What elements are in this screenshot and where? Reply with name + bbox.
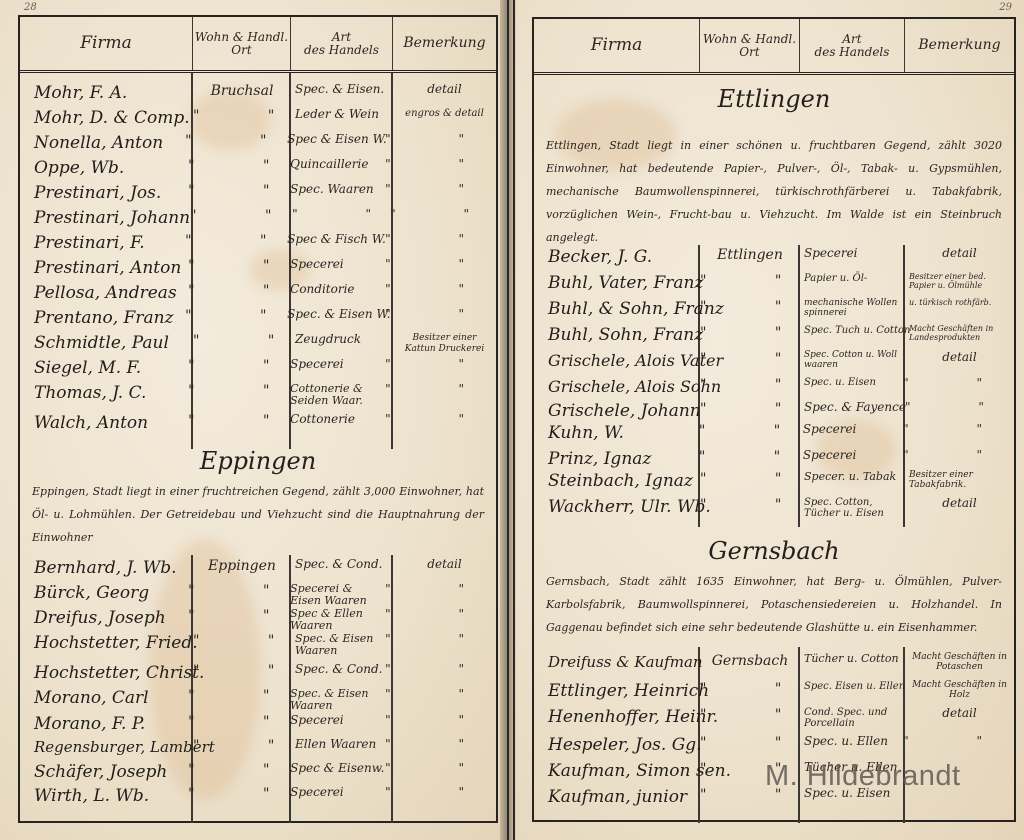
firm-place: " "	[700, 681, 800, 697]
section-title: Eppingen	[20, 447, 496, 475]
header-ort: Wohn & Handl. Ort	[700, 19, 800, 72]
header-ort-line1: Wohn & Handl.	[195, 31, 288, 44]
firm-trade: Specer. u. Tabak	[800, 471, 905, 483]
firm-trade: Spec. Waaren	[286, 183, 385, 196]
firm-place: " "	[188, 583, 286, 599]
firm-name: Schäfer, Joseph	[20, 762, 188, 782]
firm-remark: Macht Geschäften in Potaschen	[905, 653, 1014, 673]
firm-name: Kaufman, junior	[534, 787, 700, 807]
firm-remark: Besitzer einer Kattun Druckerei	[393, 333, 496, 355]
firm-remark: detail	[905, 247, 1014, 260]
firm-remark: " "	[385, 413, 496, 426]
firm-trade: Spec. u. Ellen	[800, 735, 903, 748]
firm-place: " "	[700, 325, 800, 341]
firm-name: Bernhard, J. Wb.	[20, 558, 193, 578]
firm-name: Buhl, Vater, Franz	[534, 273, 700, 293]
firm-remark: " "	[385, 714, 496, 727]
firm-place: " "	[188, 786, 286, 802]
firm-place: " "	[188, 358, 286, 374]
firm-trade: Specerei & Eisen Waaren	[286, 583, 385, 607]
firm-trade: Spec. & Eisen.	[291, 83, 393, 96]
firm-name: Grischele, Alois Vater	[534, 351, 700, 370]
table-row: Hochstetter, Christ. " " Spec. & Cond. "…	[20, 663, 496, 683]
firm-place: " "	[700, 707, 800, 723]
firm-place: " "	[700, 299, 800, 315]
firm-name: Prestinari, F.	[20, 233, 185, 253]
firm-name: Hochstetter, Fried.	[20, 633, 193, 653]
firm-place: Bruchsal	[193, 83, 291, 99]
table-row: Becker, J. G. Ettlingen Specerei detail	[534, 247, 1014, 267]
firm-name: Grischele, Johann	[534, 401, 700, 421]
firm-remark: " "	[385, 608, 496, 621]
table-row: Mohr, D. & Comp. " " Leder & Wein engros…	[20, 108, 496, 128]
table-row: Prinz, Ignaz " " Specerei " "	[534, 449, 1014, 469]
table-row: Ettlinger, Heinrich " " Spec. Eisen u. E…	[534, 681, 1014, 701]
firm-remark: " "	[385, 133, 496, 146]
table-row: Oppe, Wb. " " Quincaillerie " "	[20, 158, 496, 178]
firm-trade: Leder & Wein	[291, 108, 393, 121]
firm-place: " "	[700, 471, 800, 487]
firm-trade: Spec. Tuch u. Cotton	[800, 325, 905, 336]
firm-name: Nonella, Anton	[20, 133, 185, 153]
header-bemerkung: Bemerkung	[393, 17, 496, 70]
firm-trade: Cottonerie & Seiden Waar.	[286, 383, 385, 407]
firm-trade: Spec & Eisen W.	[283, 133, 385, 146]
table-row: Schäfer, Joseph " " Spec & Eisenw. " "	[20, 762, 496, 782]
firm-trade: Spec & Fisch W.	[283, 233, 385, 246]
firm-remark: " "	[385, 633, 496, 646]
firm-remark: " "	[385, 583, 496, 596]
firm-name: Wackherr, Ulr. Wb.	[534, 497, 700, 517]
firm-remark: " "	[385, 183, 496, 196]
table-row: Buhl, Vater, Franz " " Papier u. Öl- Bes…	[534, 273, 1014, 293]
firm-place: " "	[193, 738, 291, 754]
firm-name: Kuhn, W.	[534, 423, 699, 443]
firm-place: " "	[185, 308, 283, 324]
firm-name: Prestinari, Anton	[20, 258, 188, 278]
firm-remark: " "	[903, 423, 1014, 436]
firm-place: " "	[193, 333, 291, 349]
firm-trade: Quincaillerie	[286, 158, 385, 171]
page-number: 28	[24, 2, 37, 13]
header-art-line1: Art	[842, 33, 861, 46]
header-art-line2: des Handels	[304, 44, 379, 57]
firm-trade: Spec. Eisen u. Ellen	[800, 681, 905, 692]
firm-remark: " "	[903, 449, 1014, 462]
section-title: Ettlingen	[534, 85, 1014, 113]
table-row: Nonella, Anton " " Spec & Eisen W. " "	[20, 133, 496, 153]
firm-remark: " "	[385, 383, 496, 396]
firm-place: " "	[188, 383, 286, 399]
firm-name: Morano, F. P.	[20, 714, 188, 734]
firm-place: " "	[700, 377, 800, 393]
left-page: 28 Firma Wohn & Handl. Ort Art des Hande…	[0, 0, 508, 840]
ledger-table: Firma Wohn & Handl. Ort Art des Handels …	[18, 15, 498, 823]
table-row: Henenhoffer, Heinr. " " Cond. Spec. und …	[534, 707, 1014, 729]
watermark-credit: M. Hildebrandt	[765, 760, 961, 793]
firm-remark: " "	[385, 258, 496, 271]
table-row: Grischele, Alois Vater " " Spec. Cotton …	[534, 351, 1014, 371]
table-row: Siegel, M. F. " " Specerei " "	[20, 358, 496, 378]
firm-remark: detail	[905, 351, 1014, 364]
table-row: Schmidtle, Paul " " Zeugdruck Besitzer e…	[20, 333, 496, 355]
firm-trade: Spec. & Eisen W.	[283, 308, 385, 321]
table-row: Walch, Anton " " Cottonerie " "	[20, 413, 496, 433]
table-row: Wackherr, Ulr. Wb. " " Spec. Cotton, Tüc…	[534, 497, 1014, 519]
firm-name: Prestinari, Jos.	[20, 183, 188, 203]
firm-name: Mohr, D. & Comp.	[20, 108, 193, 128]
firm-place: " "	[188, 183, 286, 199]
firm-place: " "	[185, 133, 283, 149]
firm-trade: Conditorie	[286, 283, 385, 296]
firm-remark: " "	[903, 377, 1014, 390]
firm-name: Mohr, F. A.	[20, 83, 193, 103]
firm-name: Pellosa, Andreas	[20, 283, 188, 303]
firm-place: " "	[700, 735, 800, 751]
firm-place: " "	[700, 497, 800, 513]
firm-name: Ettlinger, Heinrich	[534, 681, 700, 701]
firm-trade: Specerei	[286, 714, 385, 727]
firm-place: Eppingen	[193, 558, 291, 574]
table-row: Prestinari, Jos. " " Spec. Waaren " "	[20, 183, 496, 203]
firm-name: Walch, Anton	[20, 413, 188, 433]
firm-name: Becker, J. G.	[534, 247, 700, 267]
firm-remark: " "	[385, 762, 496, 775]
section-description: Ettlingen, Stadt liegt in einer schönen …	[546, 134, 1002, 249]
firm-name: Steinbach, Ignaz	[534, 471, 700, 491]
firm-place: " "	[188, 413, 286, 429]
table-row: Dreifuss & Kaufman Gernsbach Tücher u. C…	[534, 653, 1014, 673]
firm-remark: " "	[905, 401, 1016, 414]
right-page: 29 Firma Wohn & Handl. Ort Art des Hande…	[516, 0, 1024, 840]
table-row: Regensburger, Lambert " " Ellen Waaren "…	[20, 738, 496, 756]
firm-name: Prentano, Franz	[20, 308, 185, 328]
firm-remark: Besitzer einer Tabakfabrik.	[905, 471, 1014, 491]
firm-place: " "	[188, 283, 286, 299]
table-row: Kuhn, W. " " Specerei " "	[534, 423, 1014, 443]
firm-remark: " "	[390, 208, 501, 221]
firm-name: Hespeler, Jos. Gg.	[534, 735, 700, 755]
table-row: Grischele, Alois Sohn " " Spec. u. Eisen…	[534, 377, 1014, 396]
section-title: Gernsbach	[534, 537, 1014, 565]
header-ort-line2: Ort	[739, 46, 759, 59]
firm-place: Ettlingen	[700, 247, 800, 263]
firm-trade: Zeugdruck	[291, 333, 393, 346]
table-row: Morano, Carl " " Spec. & Eisen Waaren " …	[20, 688, 496, 712]
firm-remark: " "	[385, 688, 496, 701]
firm-name: Kaufman, Simon sen.	[534, 761, 700, 781]
firm-remark: engros & detail	[393, 108, 496, 119]
firm-remark: " "	[385, 283, 496, 296]
firm-trade: Spec. & Eisen Waaren	[286, 688, 385, 712]
firm-name: Dreifus, Joseph	[20, 608, 188, 628]
header-bemerkung: Bemerkung	[905, 19, 1014, 72]
table-row: Pellosa, Andreas " " Conditorie " "	[20, 283, 496, 303]
section-description: Gernsbach, Stadt zählt 1635 Einwohner, h…	[546, 570, 1002, 639]
firm-trade: Specerei	[286, 786, 385, 799]
table-header: Firma Wohn & Handl. Ort Art des Handels …	[20, 17, 496, 73]
table-row: Prestinari, Johann " " " " " "	[20, 208, 496, 228]
firm-trade: Spec. & Cond.	[291, 663, 385, 676]
firm-remark: " "	[385, 738, 496, 751]
firm-place: " "	[188, 688, 286, 704]
firm-remark: detail	[905, 707, 1014, 720]
firm-trade: Spec & Eisenw.	[286, 762, 385, 775]
firm-place: " "	[699, 449, 799, 465]
firm-place: " "	[700, 351, 800, 367]
firm-name: Morano, Carl	[20, 688, 188, 708]
firm-trade: Specerei	[286, 358, 385, 371]
firm-remark: " "	[385, 308, 496, 321]
firm-trade: Spec. & Fayence	[800, 401, 905, 414]
firm-trade: Spec. u. Eisen	[800, 377, 903, 388]
firm-name: Oppe, Wb.	[20, 158, 188, 178]
firm-place: " "	[700, 401, 800, 417]
table-row: Buhl, Sohn, Franz " " Spec. Tuch u. Cott…	[534, 325, 1014, 345]
firm-place: " "	[188, 714, 286, 730]
firm-place: " "	[188, 158, 286, 174]
firm-place: " "	[188, 258, 286, 274]
table-row: Hespeler, Jos. Gg. " " Spec. u. Ellen " …	[534, 735, 1014, 755]
firm-remark: detail	[905, 497, 1014, 510]
header-firma: Firma	[20, 17, 193, 70]
table-row: Wirth, L. Wb. " " Specerei " "	[20, 786, 496, 806]
firm-trade: Spec. & Eisen Waaren	[291, 633, 385, 657]
firm-remark: Macht Geschäften in Holz	[905, 681, 1014, 701]
firm-trade: Tücher u. Cotton	[800, 653, 905, 665]
firm-name: Buhl, Sohn, Franz	[534, 325, 700, 345]
table-row: Prestinari, F. " " Spec & Fisch W. " "	[20, 233, 496, 253]
firm-trade: Specerei	[799, 449, 903, 462]
header-ort-line1: Wohn & Handl.	[703, 33, 796, 46]
firm-name: Siegel, M. F.	[20, 358, 188, 378]
firm-place: " "	[193, 663, 291, 679]
table-row: Mohr, F. A. Bruchsal Spec. & Eisen. deta…	[20, 83, 496, 103]
firm-trade: Specerei	[800, 247, 905, 260]
firm-trade: Spec & Ellen Waaren	[286, 608, 385, 632]
firm-trade: Specerei	[799, 423, 903, 436]
header-firma: Firma	[534, 19, 700, 72]
firm-name: Prinz, Ignaz	[534, 449, 699, 469]
firm-trade: Papier u. Öl-	[800, 273, 905, 284]
header-ort: Wohn & Handl. Ort	[193, 17, 291, 70]
firm-remark: detail	[393, 83, 496, 96]
firm-name: Prestinari, Johann	[20, 208, 190, 228]
firm-trade: Spec. & Cond.	[291, 558, 393, 571]
firm-name: Thomas, J. C.	[20, 383, 188, 403]
firm-name: Bürck, Georg	[20, 583, 188, 603]
firm-trade: Ellen Waaren	[291, 738, 385, 751]
firm-remark: " "	[385, 663, 496, 676]
firm-place: " "	[188, 762, 286, 778]
table-row: Dreifus, Joseph " " Spec & Ellen Waaren …	[20, 608, 496, 632]
table-row: Grischele, Johann " " Spec. & Fayence " …	[534, 401, 1014, 421]
firm-place: " "	[699, 423, 799, 439]
firm-trade: Cottonerie	[286, 413, 385, 426]
firm-place: " "	[188, 608, 286, 624]
ledger-table: Firma Wohn & Handl. Ort Art des Handels …	[532, 17, 1016, 822]
header-art: Art des Handels	[800, 19, 905, 72]
firm-remark: Besitzer einer bed. Papier u. Ölmühle	[905, 273, 1014, 291]
header-art-line2: des Handels	[815, 46, 890, 59]
table-row: Bernhard, J. Wb. Eppingen Spec. & Cond. …	[20, 558, 496, 578]
firm-remark: " "	[385, 158, 496, 171]
firm-trade: mechanische Wollen spinnerei	[800, 299, 905, 319]
firm-remark: detail	[393, 558, 496, 571]
table-row: Prestinari, Anton " " Specerei " "	[20, 258, 496, 278]
firm-trade: Spec. Cotton u. Woll waaren	[800, 351, 905, 371]
firm-name: Henenhoffer, Heinr.	[534, 707, 700, 727]
table-row: Steinbach, Ignaz " " Specer. u. Tabak Be…	[534, 471, 1014, 491]
firm-name: Buhl, & Sohn, Franz	[534, 299, 700, 319]
page-number: 29	[999, 2, 1012, 13]
firm-place: " "	[190, 208, 288, 224]
firm-place: " "	[185, 233, 283, 249]
firm-name: Wirth, L. Wb.	[20, 786, 188, 806]
table-header: Firma Wohn & Handl. Ort Art des Handels …	[534, 19, 1014, 75]
firm-place: " "	[193, 633, 291, 649]
firm-place: " "	[700, 273, 800, 289]
firm-remark: u. türkisch rothfärb.	[905, 299, 1014, 308]
table-row: Prentano, Franz " " Spec. & Eisen W. " "	[20, 308, 496, 328]
table-row: Buhl, & Sohn, Franz " " mechanische Woll…	[534, 299, 1014, 319]
firm-place: " "	[193, 108, 291, 124]
header-ort-line2: Ort	[231, 44, 251, 57]
header-art-line1: Art	[332, 31, 351, 44]
firm-remark: " "	[385, 786, 496, 799]
firm-trade: Specerei	[286, 258, 385, 271]
firm-name: Dreifuss & Kaufman	[534, 653, 700, 671]
table-row: Bürck, Georg " " Specerei & Eisen Waaren…	[20, 583, 496, 607]
firm-trade: " "	[288, 208, 390, 221]
firm-name: Regensburger, Lambert	[20, 738, 193, 756]
firm-remark: " "	[385, 358, 496, 371]
firm-remark: " "	[385, 233, 496, 246]
firm-remark: Macht Geschäften in Landesprodukten	[905, 325, 1014, 343]
firm-place: Gernsbach	[700, 653, 800, 669]
firm-trade: Spec. Cotton, Tücher u. Eisen	[800, 497, 905, 519]
firm-name: Schmidtle, Paul	[20, 333, 193, 353]
firm-remark: " "	[903, 735, 1014, 748]
table-row: Hochstetter, Fried. " " Spec. & Eisen Wa…	[20, 633, 496, 657]
section-description: Eppingen, Stadt liegt in einer fruchtrei…	[32, 480, 484, 549]
firm-name: Hochstetter, Christ.	[20, 663, 193, 683]
table-row: Morano, F. P. " " Specerei " "	[20, 714, 496, 734]
firm-trade: Cond. Spec. und Porcellain	[800, 707, 905, 729]
table-row: Thomas, J. C. " " Cottonerie & Seiden Wa…	[20, 383, 496, 407]
firm-name: Grischele, Alois Sohn	[534, 377, 700, 396]
header-art: Art des Handels	[291, 17, 393, 70]
